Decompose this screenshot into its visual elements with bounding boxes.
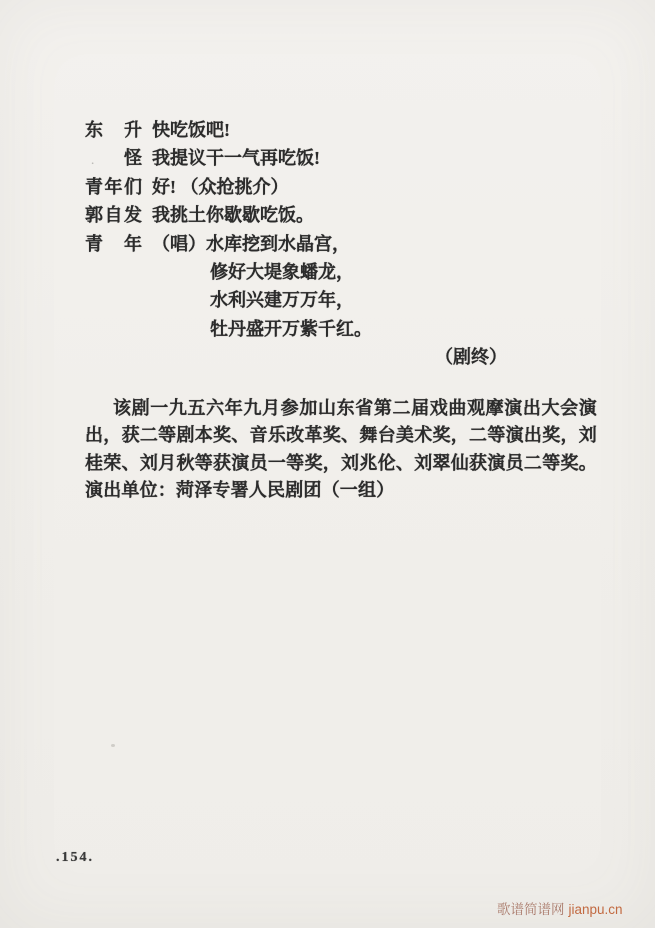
script-line: 青年（唱）水库挖到水晶宫， <box>85 230 597 258</box>
speaker-name: 青年们 <box>85 173 142 201</box>
faded-print-mark: . <box>91 146 94 174</box>
speaker-name: 青年 <box>85 230 142 258</box>
script-line: .怪我提议干一气再吃饭! <box>85 144 597 172</box>
speaker-name: .怪 <box>85 144 142 172</box>
scan-speck-mark <box>111 744 115 747</box>
book-page: 东升快吃饭吧! .怪我提议干一气再吃饭! 青年们好! （众抢挑介） 郭自发我挑土… <box>0 0 655 928</box>
speaker-name: 东升 <box>85 116 142 144</box>
watermark: 歌谱简谱网jianpu.cn <box>497 898 623 918</box>
lyric-line: 牡丹盛开万紫千红。 <box>85 315 597 343</box>
lyric-line: 修好大堤象蟠龙， <box>85 258 597 286</box>
dialogue-text: 快吃饭吧! <box>152 120 230 140</box>
paragraph-line: 出，获二等剧本奖、音乐改革奖、舞台美术奖，二等演出奖，刘 <box>85 422 597 450</box>
dialogue-text: （唱）水库挖到水晶宫， <box>152 234 350 254</box>
script-line: 青年们好! （众抢挑介） <box>85 173 597 201</box>
speaker-name-text: 怪 <box>124 148 142 168</box>
paragraph-line: 该剧一九五六年九月参加山东省第二届戏曲观摩演出大会演 <box>85 395 597 423</box>
play-end-mark: （剧终） <box>85 343 597 371</box>
dialogue-text: 我提议干一气再吃饭! <box>152 148 320 168</box>
dialogue-text: 我挑土你歇歇吃饭。 <box>152 205 314 225</box>
page-number: .154. <box>56 850 94 866</box>
script-line: 东升快吃饭吧! <box>85 116 597 144</box>
paragraph-line: 演出单位：菏泽专署人民剧团（一组） <box>85 477 597 505</box>
paragraph-line: 桂荣、刘月秋等获演员一等奖，刘兆伦、刘翠仙获演员二等奖。 <box>85 450 597 478</box>
page-content: 东升快吃饭吧! .怪我提议干一气再吃饭! 青年们好! （众抢挑介） 郭自发我挑土… <box>85 116 597 505</box>
lyric-line: 水利兴建万万年， <box>85 286 597 314</box>
dialogue-text: 好! （众抢挑介） <box>152 177 289 197</box>
award-paragraph: 该剧一九五六年九月参加山东省第二届戏曲观摩演出大会演 出，获二等剧本奖、音乐改革… <box>85 395 597 505</box>
script-line: 郭自发我挑土你歇歇吃饭。 <box>85 201 597 229</box>
speaker-name: 郭自发 <box>85 201 142 229</box>
watermark-site-name: 歌谱简谱网 <box>497 902 565 917</box>
watermark-site-url: jianpu.cn <box>569 902 623 917</box>
